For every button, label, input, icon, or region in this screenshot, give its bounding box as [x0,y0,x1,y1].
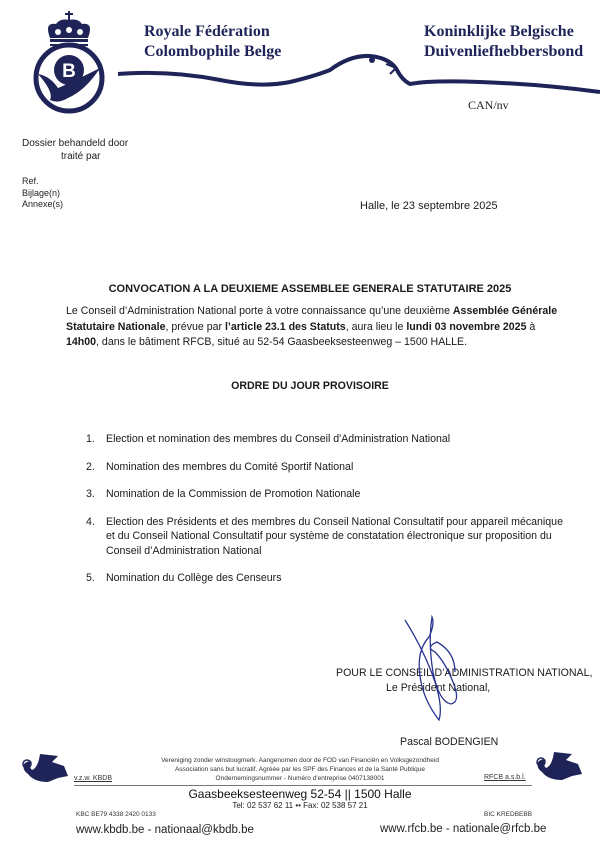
agenda-item: 1.Election et nomination des membres du … [86,432,572,447]
agenda-item: 4.Election des Présidents et des membres… [86,515,572,559]
org-name-nl-line1: Koninklijke Belgische [424,22,583,42]
bic-code: BIC KREDBEBB [484,811,532,818]
intro-text: , dans le bâtiment RFCB, situé au 52-54 … [96,336,467,348]
agenda-item-text: Nomination de la Commission de Promotion… [106,487,360,502]
footer-address: Gaasbeeksesteenweg 52-54 || 1500 Halle [150,787,450,801]
reference-code: CAN/nv [468,98,509,113]
intro-bold-time: 14h00 [66,336,96,348]
document-title: CONVOCATION A LA DEUXIEME ASSEMBLEE GENE… [0,283,600,295]
intro-paragraph: Le Conseil d’Administration National por… [66,304,566,351]
footer-phone-fax: Tel: 02 537 62 11 •• Fax: 02 538 57 21 [150,801,450,810]
agenda-title: ORDRE DU JOUR PROVISOIRE [0,380,600,392]
dove-icon-right [532,750,584,784]
agenda-item-text: Nomination du Collège des Censeurs [106,571,282,586]
agenda-item-text: Nomination des membres du Comité Sportif… [106,460,353,475]
agenda-item-number: 5. [86,571,106,586]
agenda-item: 2.Nomination des membres du Comité Sport… [86,460,572,475]
handled-by-fr: traité par [61,151,100,163]
ref-label: Ref. [22,175,39,187]
intro-text: à [526,321,535,333]
footer-divider [74,785,532,786]
kbdb-website-email-link[interactable]: www.kbdb.be - nationaal@kbdb.be [76,824,254,836]
intro-text: Le Conseil d’Administration National por… [66,305,453,317]
dove-icon-left [18,752,70,786]
agenda-item: 3.Nomination de la Commission de Promoti… [86,487,572,502]
rfcb-website-email-link[interactable]: www.rfcb.be - nationale@rfcb.be [380,823,546,835]
footer-legal-line: Ondernemingsnummer - Numéro d'entreprise… [150,774,450,783]
agenda-list: 1.Election et nomination des membres du … [86,432,572,599]
agenda-item-text: Election et nomination des membres du Co… [106,432,450,447]
org-name-fr-line1: Royale Fédération [144,22,281,42]
agenda-item-number: 2. [86,460,106,475]
footer-legal-line: Association sans but lucratif. Agréée pa… [150,765,450,774]
agenda-item-number: 1. [86,432,106,447]
intro-text: , aura lieu le [346,321,407,333]
attachments-fr: Annexe(s) [22,198,63,210]
footer-legal-line: Vereniging zonder winstoogmerk. Aangenom… [150,756,450,765]
pigeon-swoosh-graphic [110,40,600,100]
assoc-nl: v.z.w. KBDB [74,775,112,782]
assoc-fr: RFCB a.s.b.l. [484,774,526,781]
date-line: Halle, le 23 septembre 2025 [360,200,498,212]
bank-account: KBC BE79 4338 2420 0133 [76,811,156,818]
handled-by-nl: Dossier behandeld door [22,138,128,150]
agenda-item: 5.Nomination du Collège des Censeurs [86,571,572,586]
agenda-item-number: 4. [86,515,106,559]
footer-legal-text: Vereniging zonder winstoogmerk. Aangenom… [150,756,450,783]
svg-text:B: B [62,61,76,82]
intro-text: , prévue par [166,321,225,333]
agenda-item-number: 3. [86,487,106,502]
rfcb-crest-logo: B [28,8,108,118]
intro-bold-date: lundi 03 novembre 2025 [406,321,526,333]
signatory-name: Pascal BODENGIEN [400,736,498,748]
handwritten-signature [395,612,475,732]
intro-bold-article: l’article 23.1 des Statuts [225,321,346,333]
agenda-item-text: Election des Présidents et des membres d… [106,515,572,559]
